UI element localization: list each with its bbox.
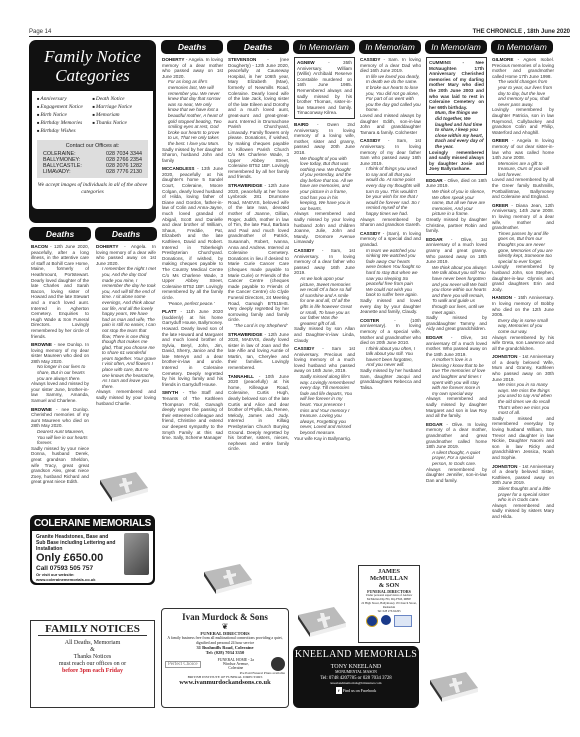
perfect-choice-logo: Perfect Choice [165, 661, 201, 668]
memoriam-heading: In Memoriam [293, 40, 355, 54]
coleraine-memorials-ad[interactable]: COLERAINE MEMORIALS Granite Headstones, … [30, 515, 155, 585]
deaths-column-2: DOHERTY - Angela. In loving memory of a … [96, 244, 156, 459]
header-rule [29, 36, 570, 37]
family-notices-box: FAMILY NOTICES All Deaths, Memoriam & Th… [30, 620, 155, 708]
memoriam-heading: In Memoriam [425, 40, 487, 54]
memoriam-column-7: CUMMINS - Nee McNaughten 17th Anniversar… [426, 57, 487, 652]
murdock-funeral-ad[interactable]: Ivan Murdock & Sons ❦ FUNERAL DIRECTORS … [161, 608, 289, 708]
nafd-icon [381, 615, 391, 625]
memoriam-column-6: CASSIDY - Sam. In loving memory of a dea… [360, 57, 421, 562]
contact-offices: Contact our Offices at: COLERAINE:028 70… [37, 140, 148, 178]
bible-icon [294, 605, 349, 637]
deaths-heading: Deaths [95, 227, 157, 241]
crest-icon [366, 615, 378, 627]
deaths-column-3: DOHERTY - Angela. In loving memory of a … [162, 57, 223, 557]
deaths-heading: Deaths [29, 227, 91, 241]
facebook-icon: f [336, 687, 342, 694]
bifd-crest-icon [271, 657, 285, 671]
bible-icon [426, 670, 481, 702]
categories-title: Family NoticeCategories [32, 47, 153, 85]
category-list: AnniversaryDeath Notice Engagement Notic… [37, 95, 148, 135]
memoriam-column-8: GILMORE - Agnes Isobel. Precious memorie… [492, 57, 554, 707]
deaths-column-4: STEVENSON - (nee Dougherty) - 12th June … [228, 57, 289, 557]
bible-icon [200, 562, 255, 594]
deaths-heading: Deaths [161, 40, 223, 54]
page-number: Page 14 [29, 29, 51, 35]
categories-panel: Family NoticeCategories AnniversaryDeath… [29, 40, 156, 223]
headstone-image [124, 533, 149, 575]
bible-icon [96, 470, 151, 502]
memoriam-column-5: AGNEW - 35th Anniversary. William (Willi… [294, 57, 355, 557]
deaths-heading: Deaths [227, 40, 289, 54]
kneeland-memorials-ad[interactable]: KNEELAND MEMORIALS TONY KNEELAND MONUMEN… [293, 646, 419, 708]
memoriam-heading: In Memoriam [359, 40, 421, 54]
selected-logo [394, 615, 412, 627]
accept-note: We accept images of individuals in all o… [37, 182, 148, 196]
paper-date: THE CHRONICLE , 18th June 2020 [473, 29, 570, 35]
deaths-column-1: BACON - 12th June 2020, peacefully, afte… [31, 244, 89, 509]
mcmullan-funeral-ad[interactable]: JAMES McMULLAN & SON FUNERAL DIRECTORS U… [358, 565, 420, 643]
memoriam-heading: In Memoriam [491, 40, 553, 54]
